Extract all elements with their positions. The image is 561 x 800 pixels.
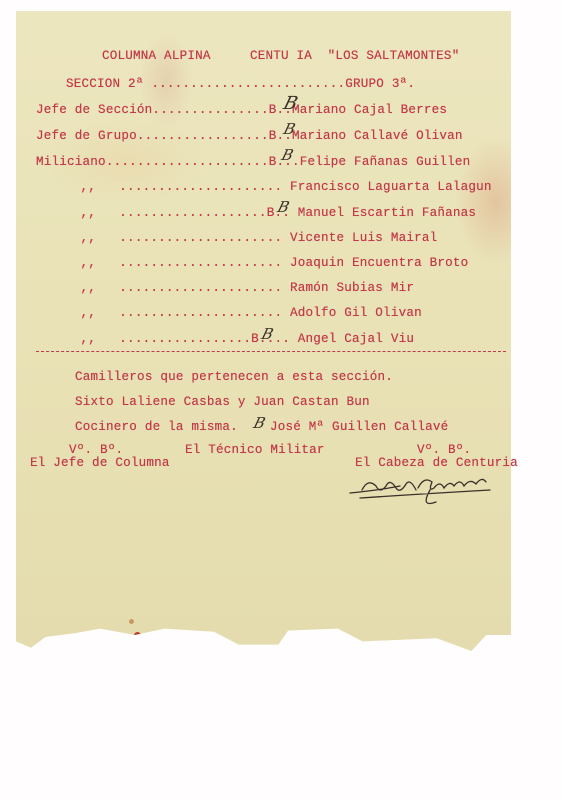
roster-row: Jefe de Sección...............B..Mariano… [36,103,447,117]
roster-row: Jefe de Grupo.................B..Mariano… [36,129,463,143]
roster-row: Miliciano.....................B...Felipe… [36,155,470,169]
cook-label: Cocinero de la misma. [75,420,238,434]
section-line: SECCION 2ª .........................GRUP… [66,77,415,91]
signature-left-vb: Vº. Bº. [69,443,123,457]
roster-row: ,, ..................... Francisco Lagua… [65,180,492,194]
roster-row: ,, ..................... Vicente Luis Ma… [65,231,437,245]
cook-name: José Mª Guillen Callavé [270,420,448,434]
handwritten-signature [340,468,510,518]
roster-row: ,, .................B.... Angel Cajal Vi… [65,332,414,346]
signature-center-title: El Técnico Militar [185,443,325,457]
header-centuria: CENTU IA "LOS SALTAMONTES" [250,49,459,63]
signature-left-title: El Jefe de Columna [30,456,170,470]
header-column: COLUMNA ALPINA [102,49,211,63]
roster-row: ,, ...................B.. Manuel Escarti… [65,206,476,220]
roster-row: ,, ..................... Adolfo Gil Oliv… [65,306,422,320]
ink-stain [134,632,141,639]
dashed-divider [36,351,506,352]
roster-row: ,, ..................... Joaquin Encuent… [65,256,468,270]
signature-right-vb: Vº. Bº. [417,443,471,457]
roster-row: ,, ..................... Ramón Subias Mi… [65,281,414,295]
stretcher-title: Camilleros que pertenecen a esta sección… [75,370,393,384]
ink-stain-small [129,619,134,624]
stretcher-names: Sixto Laliene Casbas y Juan Castan Bun [75,395,370,409]
